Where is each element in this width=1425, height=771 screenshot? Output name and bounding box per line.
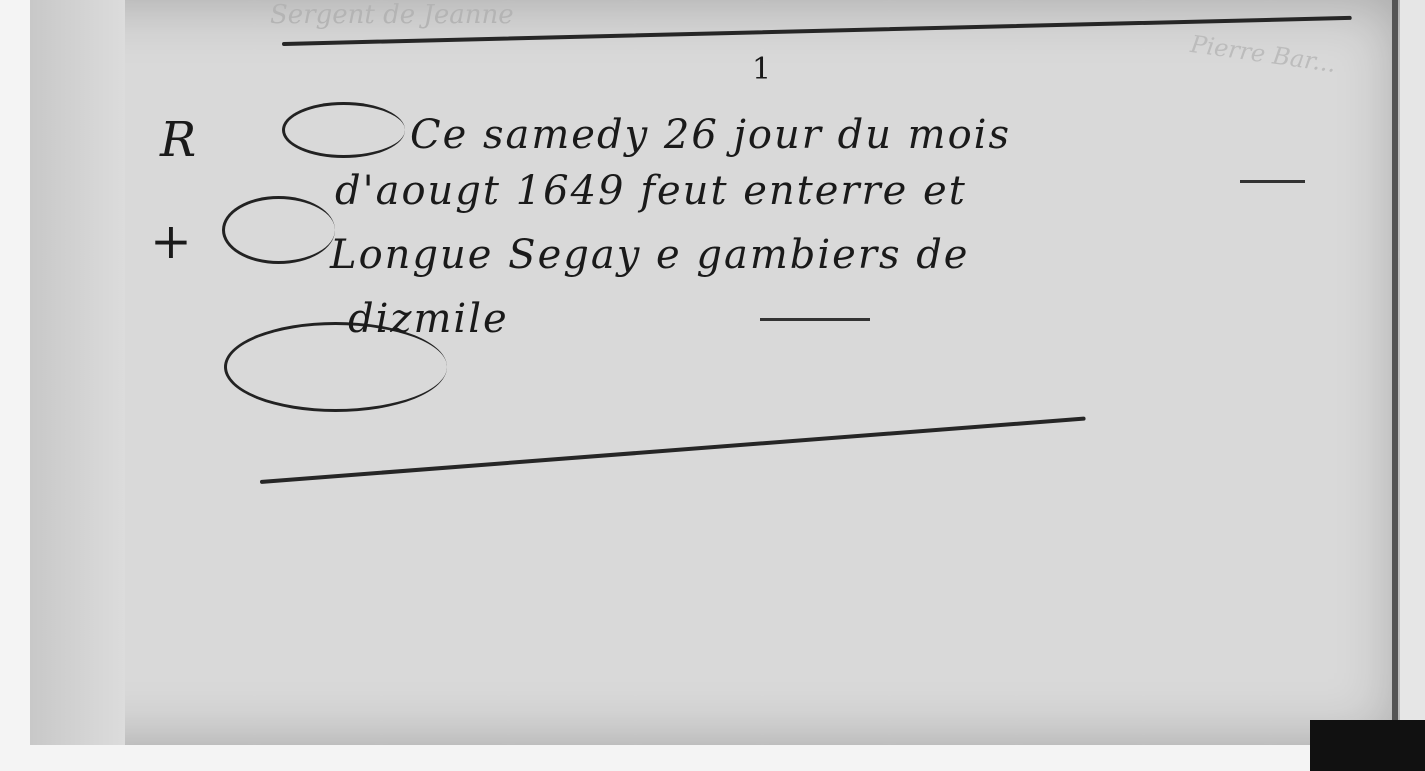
- margin-cross: +: [150, 212, 192, 270]
- bleed-through-text-right: Pierre Bar...: [1189, 30, 1338, 78]
- swash-flourish: [222, 196, 335, 264]
- entry-line-3: Longue Segay e gambiers de: [330, 232, 969, 278]
- entry-line-1: Ce samedy 26 jour du mois: [410, 112, 1011, 158]
- top-mark: 1: [752, 52, 771, 87]
- margin-mark-r: R: [160, 112, 196, 168]
- line-fill-dash: [1240, 180, 1305, 183]
- line-fill-dash: [760, 318, 870, 321]
- entry-line-4: dizmile: [348, 296, 509, 342]
- binding-gutter: [1392, 0, 1398, 745]
- adjacent-page-strip: [1398, 0, 1425, 771]
- swash-flourish: [282, 102, 405, 158]
- scan-corner-shadow: [1310, 720, 1425, 771]
- entry-line-2: d'aougt 1649 feut enterre et: [335, 168, 967, 214]
- bleed-through-text: Sergent de Jeanne: [270, 0, 514, 30]
